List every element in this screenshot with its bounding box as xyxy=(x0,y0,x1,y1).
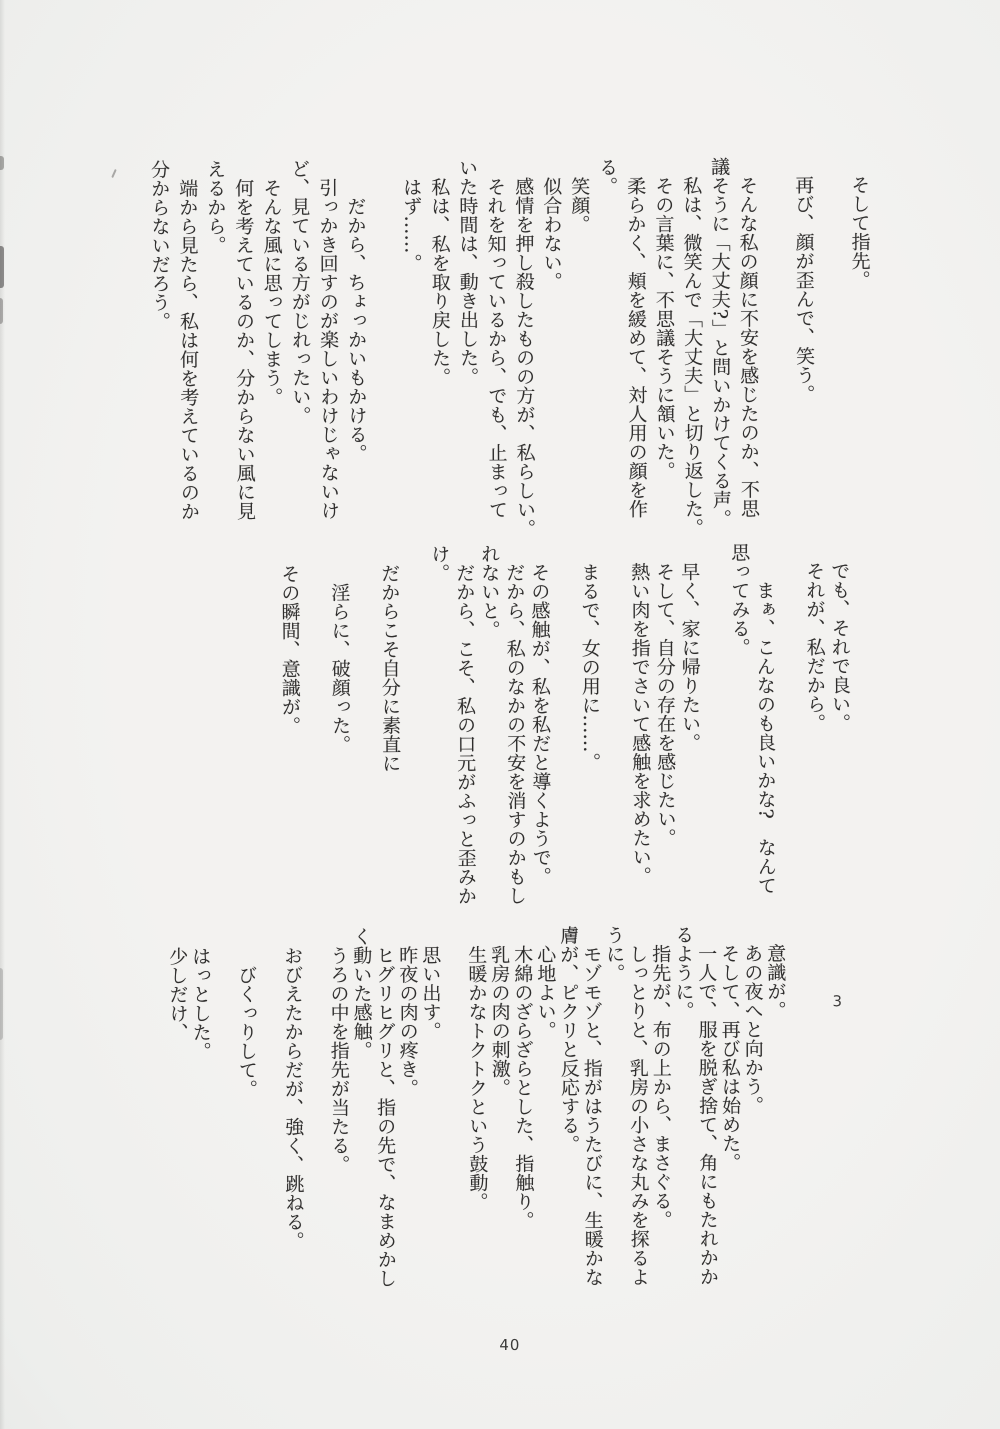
text-column: 一人で、服を脱ぎ捨て、角にもたれかか xyxy=(694,925,719,1297)
text-column: その言葉に、不思議そうに頷いた。 xyxy=(649,157,679,549)
scanned-book-page: そして指先。再び、顔が歪んで、笑う。そんな私の顔に不安を感じたのか、不思議そうに… xyxy=(0,0,1000,1429)
text-column: だから、こそ、私の口元がふっと歪みか xyxy=(451,544,478,918)
text-column: 少しだけ、 xyxy=(165,928,190,1300)
text-column: だから、私のなかの不安を消すのかもし xyxy=(501,544,528,918)
text-block-middle: でも、それで良い。それが、私だから。まぁ、こんなのも良いかな? なんて思ってみる… xyxy=(276,542,853,919)
text-column: びくっりして。 xyxy=(234,927,259,1299)
section-number: 3 xyxy=(832,992,842,1010)
text-column: それが、私だから。 xyxy=(801,542,828,916)
text-column: るように。 xyxy=(671,925,696,1297)
text-column: 思い出す。 xyxy=(418,926,443,1298)
text-column: 似合わない。 xyxy=(537,158,567,550)
text-column: 乳房の肉の刺激。 xyxy=(487,926,512,1298)
text-column: 議そうに「大丈夫?」と問いかけてくる声。 xyxy=(705,157,735,549)
text-column: 心地よい。 xyxy=(533,926,558,1298)
text-column: そして、再び私は始めた。 xyxy=(717,925,742,1297)
text-column: 笑顔。 xyxy=(565,158,595,550)
text-column: そんな私の顔に不安を感じたのか、不思 xyxy=(733,157,763,549)
text-column: 木綿のざらざらとした、指触り。 xyxy=(510,926,535,1298)
text-column: く動いた感触。 xyxy=(349,927,374,1299)
text-column: 私は、微笑んで「大丈夫」と切り返した。 xyxy=(677,157,707,549)
text-column: いた時間は、動き出した。 xyxy=(453,158,483,550)
text-column: 淫らに、破顔った。 xyxy=(326,545,353,919)
text-column: 早く、家に帰りたい。 xyxy=(676,543,703,917)
text-column: そんな風に思ってしまう。 xyxy=(257,159,287,551)
text-column: モゾモゾと、指がはうたびに、生暖かな xyxy=(579,925,604,1297)
text-column: だからこそ自分に素直に xyxy=(376,545,403,919)
text-column: け。 xyxy=(426,544,453,918)
text-column: あの夜へと向かう。 xyxy=(740,925,765,1297)
text-column: そして、自分の存在を感じたい。 xyxy=(651,543,678,917)
page-content: そして指先。再び、顔が歪んで、笑う。そんな私の顔に不安を感じたのか、不思議そうに… xyxy=(0,0,1000,1429)
text-column: おびえたからだが、強く、跳ねる。 xyxy=(280,927,305,1299)
text-column: そして指先。 xyxy=(845,156,875,548)
text-column: だから、ちょっかいもかける。 xyxy=(341,159,371,551)
text-column: うろの中を指先が当たる。 xyxy=(326,927,351,1299)
text-column: 再び、顔が歪んで、笑う。 xyxy=(789,156,819,548)
text-column: まぁ、こんなのも良いかな? なんて xyxy=(751,543,778,917)
text-column: 私は、私を取り戻した。 xyxy=(425,158,455,550)
text-column: 膚が、ピクリと反応する。 xyxy=(556,926,581,1298)
text-column: その瞬間、意識が。 xyxy=(276,545,303,919)
text-column: はっとした。 xyxy=(188,928,213,1300)
text-column: それを知っているから、でも、止まって xyxy=(481,158,511,550)
text-column: 生暖かなトクトクという鼓動。 xyxy=(464,926,489,1298)
text-column: 柔らかく、頬を緩めて、対人用の顔を作 xyxy=(621,157,651,549)
text-column: 熱い肉を指でさいて感触を求めたい。 xyxy=(626,543,653,917)
text-column: その感触が、私を私だと導くようで。 xyxy=(526,544,553,918)
text-column: 指先が、布の上から、まさぐる。 xyxy=(648,925,673,1297)
text-column: 昨夜の肉の疼き。 xyxy=(395,926,420,1298)
text-column: る。 xyxy=(593,157,623,549)
text-column: えるから。 xyxy=(201,159,231,551)
text-column: 感情を押し殺したものの方が、私らしい。 xyxy=(509,158,539,550)
text-column: ど、見ている方がじれったい。 xyxy=(285,159,315,551)
text-column: れないと。 xyxy=(476,544,503,918)
text-column: しっとりと、乳房の小さな丸みを探るよ xyxy=(625,925,650,1297)
text-block-top: そして指先。再び、顔が歪んで、笑う。そんな私の顔に不安を感じたのか、不思議そうに… xyxy=(145,156,875,552)
text-block-bottom: 意識が。あの夜へと向かう。そして、再び私は始めた。一人で、服を脱ぎ捨て、角にもた… xyxy=(165,925,788,1300)
page-number: 40 xyxy=(499,1336,520,1354)
text-column: 引っかき回すのが楽しいわけじゃないけ xyxy=(313,159,343,551)
text-column: でも、それで良い。 xyxy=(826,542,853,916)
text-column: うに。 xyxy=(602,925,627,1297)
text-column: 端から見たら、私は何を考えているのか xyxy=(173,160,203,552)
text-column: まるで、女の用に……。 xyxy=(576,543,603,917)
text-column: 分からないだろう。 xyxy=(145,160,175,552)
text-column: 思ってみる。 xyxy=(726,543,753,917)
text-column: ヒグリヒグリと、指の先で、なまめかし xyxy=(372,927,397,1299)
text-column: はず……。 xyxy=(397,158,427,550)
text-column: 意識が。 xyxy=(763,925,788,1297)
text-column: 何を考えているのか、分からない風に見 xyxy=(229,159,259,551)
